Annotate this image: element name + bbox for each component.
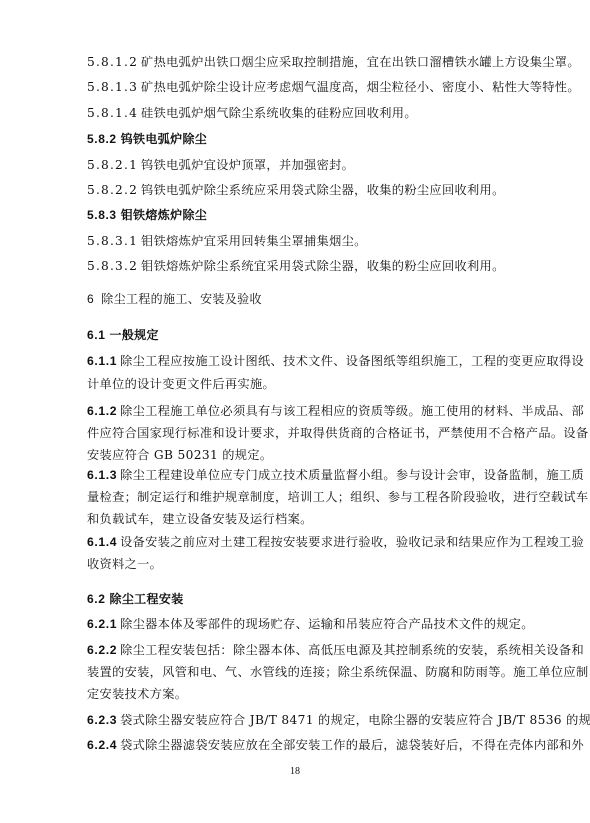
clause-6-2-4: 6.2.4袋式除尘器滤袋安装应放在全部安装工作的最后，滤袋装好后，不得在壳体内部…	[87, 738, 584, 752]
clause-5-8-3-2: 5.8.3.2钼铁熔炼炉除尘系统宜采用袋式除尘器，收集的粉尘应回收利用。	[87, 259, 505, 273]
clause-5-8-2-1: 5.8.2.1钨铁电弧炉宜设炉顶罩，并加强密封。	[87, 158, 354, 172]
chapter-heading-6: 6除尘工程的施工、安装及验收	[87, 292, 262, 306]
section-heading-5-8-3: 5.8.3钼铁熔炼炉除尘	[87, 208, 207, 222]
section-heading-6-2: 6.2除尘工程安装	[87, 592, 184, 606]
clause-5-8-1-2: 5.8.1.2矿热电弧炉出铁口烟尘应采取控制措施，宜在出铁口溜槽铁水罐上方设集尘…	[87, 55, 580, 69]
page-number: 18	[0, 766, 590, 777]
clause-5-8-1-4: 5.8.1.4硅铁电弧炉烟气除尘系统收集的硅粉应回收利用。	[87, 106, 417, 120]
section-heading-6-1: 6.1一般规定	[87, 328, 159, 342]
clause-5-8-1-3: 5.8.1.3矿热电弧炉除尘设计应考虑烟气温度高，烟尘粒径小、密度小、粘性大等特…	[87, 80, 580, 94]
clause-6-2-3: 6.2.3袋式除尘器安装应符合 JB/T 8471 的规定，电除尘器的安装应符合…	[87, 713, 590, 727]
clause-5-8-3-1: 5.8.3.1钼铁熔炼炉宜采用回转集尘罩捕集烟尘。	[87, 234, 367, 248]
clause-6-2-1: 6.2.1除尘器本体及零部件的现场贮存、运输和吊装应符合产品技术文件的规定。	[87, 617, 534, 631]
section-heading-5-8-2: 5.8.2钨铁电弧炉除尘	[87, 132, 207, 146]
clause-5-8-2-2: 5.8.2.2钨铁电弧炉除尘系统应采用袋式除尘器，收集的粉尘应回收利用。	[87, 183, 505, 197]
